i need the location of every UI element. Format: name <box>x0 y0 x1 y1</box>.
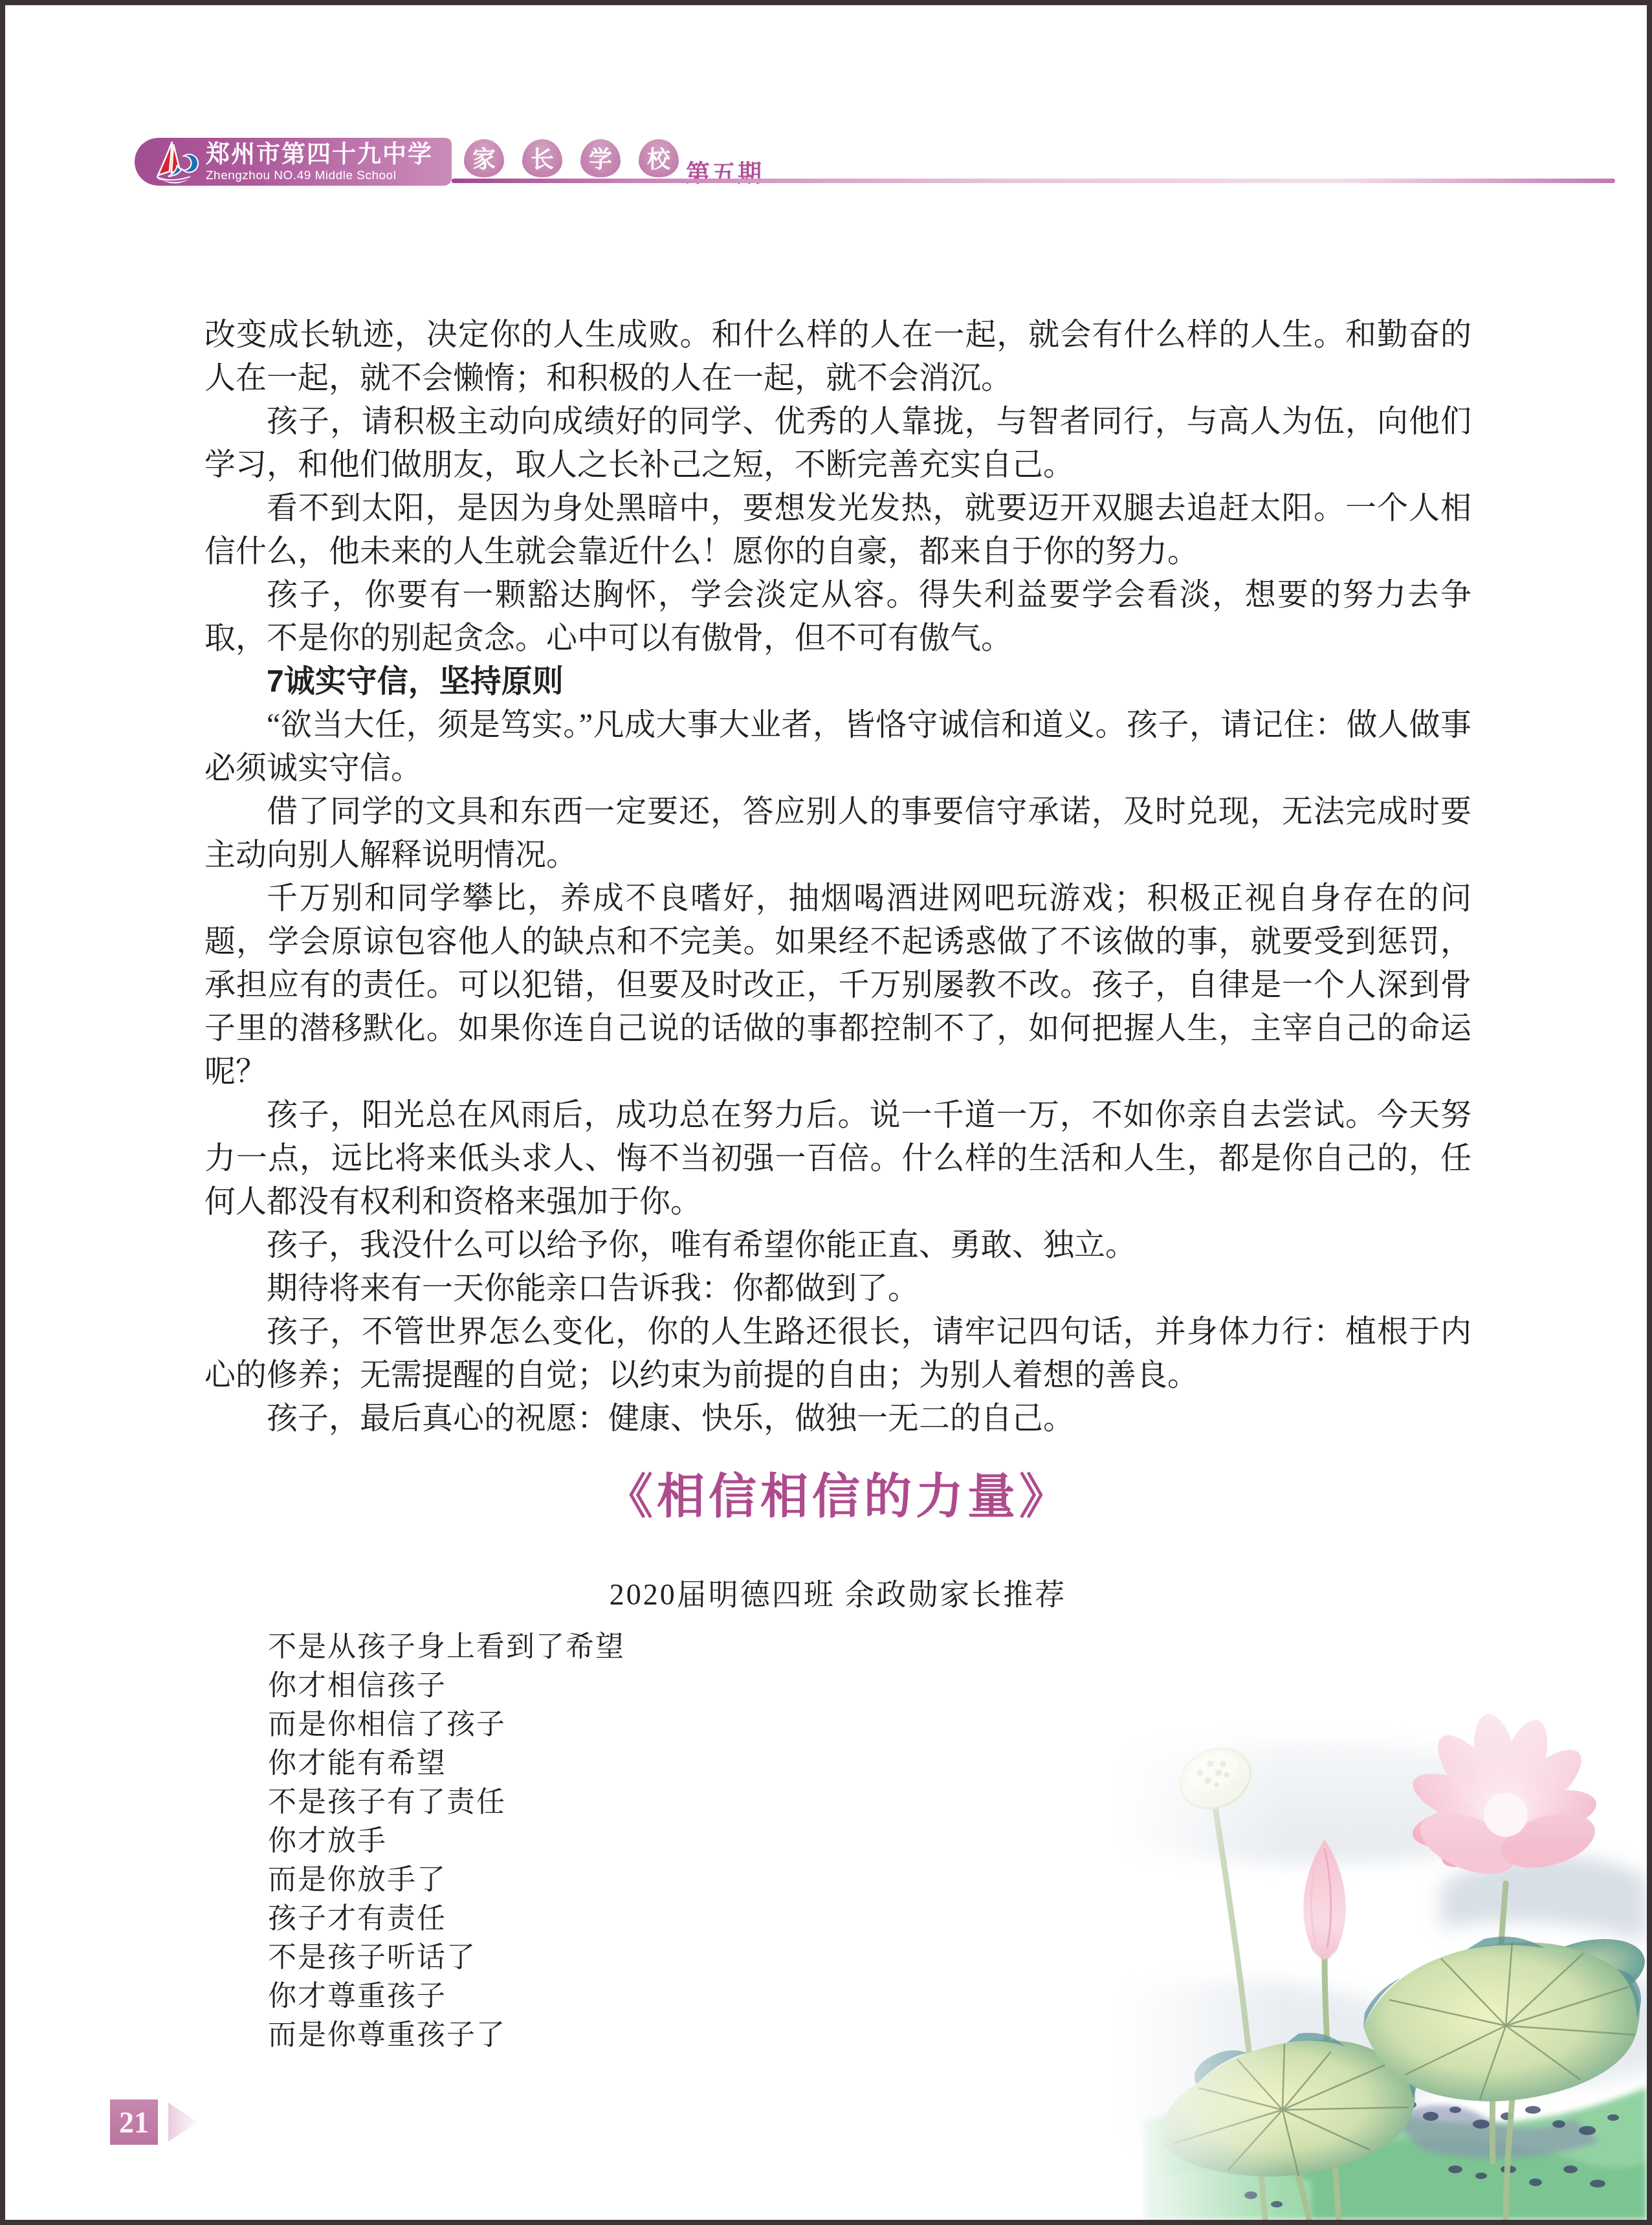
school-name-cn: 郑州市第四十九中学 <box>206 142 433 168</box>
header-divider-line <box>452 179 1615 183</box>
poem-line: 你才能有希望 <box>268 1744 625 1783</box>
school-names: 郑州市第四十九中学 Zhengzhou NO.49 Middle School <box>206 142 433 184</box>
poem-line: 不是从孩子身上看到了希望 <box>268 1628 625 1667</box>
lotus-ink-painting <box>1118 1663 1647 2220</box>
poem-line: 不是孩子听话了 <box>268 1938 625 1977</box>
poem-line: 你才相信孩子 <box>268 1667 625 1705</box>
header-banner: 郑州市第四十九中学 Zhengzhou NO.49 Middle School <box>135 138 452 186</box>
badge-jia: 家 <box>464 139 504 177</box>
badge-xiao: 校 <box>639 139 679 177</box>
badge-xue: 学 <box>580 139 621 177</box>
body-paragraph: 改变成长轨迹，决定你的人生成败。和什么样的人在一起，就会有什么样的人生。和勤奋的… <box>204 313 1471 400</box>
poem-text: 不是从孩子身上看到了希望 你才相信孩子 而是你相信了孩子 你才能有希望 不是孩子… <box>268 1628 625 2055</box>
poem-line: 孩子才有责任 <box>268 1900 625 1938</box>
masthead-badges: 家 长 学 校 <box>464 139 679 177</box>
sailboat-49-logo <box>150 139 201 186</box>
magazine-page: 郑州市第四十九中学 Zhengzhou NO.49 Middle School … <box>0 0 1652 2225</box>
poem-byline: 2020届明德四班 余政勋家长推荐 <box>204 1571 1471 1614</box>
poem-line: 而是你相信了孩子 <box>268 1705 625 1744</box>
body-paragraph: 孩子，不管世界怎么变化，你的人生路还很长，请牢记四句话，并身体力行：植根于内心的… <box>204 1310 1471 1397</box>
page-arrow-icon <box>168 2103 198 2142</box>
page-number: 21 <box>110 2099 158 2145</box>
body-paragraph: 借了同学的文具和东西一定要还，答应别人的事要信守承诺，及时兑现，无法完成时要主动… <box>204 790 1471 877</box>
poem-line: 你才尊重孩子 <box>268 1977 625 2016</box>
poem-line: 而是你放手了 <box>268 1861 625 1900</box>
body-paragraph: 孩子，你要有一颗豁达胸怀，学会淡定从容。得失利益要学会看淡，想要的努力去争取，不… <box>204 573 1471 660</box>
body-paragraph: 孩子，最后真心的祝愿：健康、快乐，做独一无二的自己。 <box>204 1397 1471 1440</box>
body-paragraph: 期待将来有一天你能亲口告诉我：你都做到了。 <box>204 1267 1471 1310</box>
body-paragraph: 看不到太阳，是因为身处黑暗中，要想发光发热，就要迈开双腿去追赶太阳。一个人相信什… <box>204 487 1471 573</box>
poem-line: 而是你尊重孩子了 <box>268 2016 625 2055</box>
badge-zhang: 长 <box>522 139 562 177</box>
poem-line: 不是孩子有了责任 <box>268 1783 625 1822</box>
issue-label: 第五期 <box>686 154 764 189</box>
section-heading: 7诚实守信，坚持原则 <box>204 660 1471 703</box>
body-paragraph: 千万别和同学攀比，养成不良嗜好，抽烟喝酒进网吧玩游戏；积极正视自身存在的问题，学… <box>204 877 1471 1093</box>
school-name-en: Zhengzhou NO.49 Middle School <box>206 168 433 184</box>
poem-line: 你才放手 <box>268 1822 625 1861</box>
article-body: 改变成长轨迹，决定你的人生成败。和什么样的人在一起，就会有什么样的人生。和勤奋的… <box>204 313 1471 1440</box>
body-paragraph: 孩子，请积极主动向成绩好的同学、优秀的人靠拢，与智者同行，与高人为伍，向他们学习… <box>204 400 1471 487</box>
body-paragraph: “欲当大任，须是笃实。”凡成大事大业者，皆恪守诚信和道义。孩子，请记住：做人做事… <box>204 703 1471 790</box>
body-paragraph: 孩子，阳光总在风雨后，成功总在努力后。说一千道一万，不如你亲自去尝试。今天努力一… <box>204 1093 1471 1223</box>
poem-title: 《相信相信的力量》 <box>204 1458 1471 1527</box>
body-paragraph: 孩子，我没什么可以给予你，唯有希望你能正直、勇敢、独立。 <box>204 1223 1471 1267</box>
